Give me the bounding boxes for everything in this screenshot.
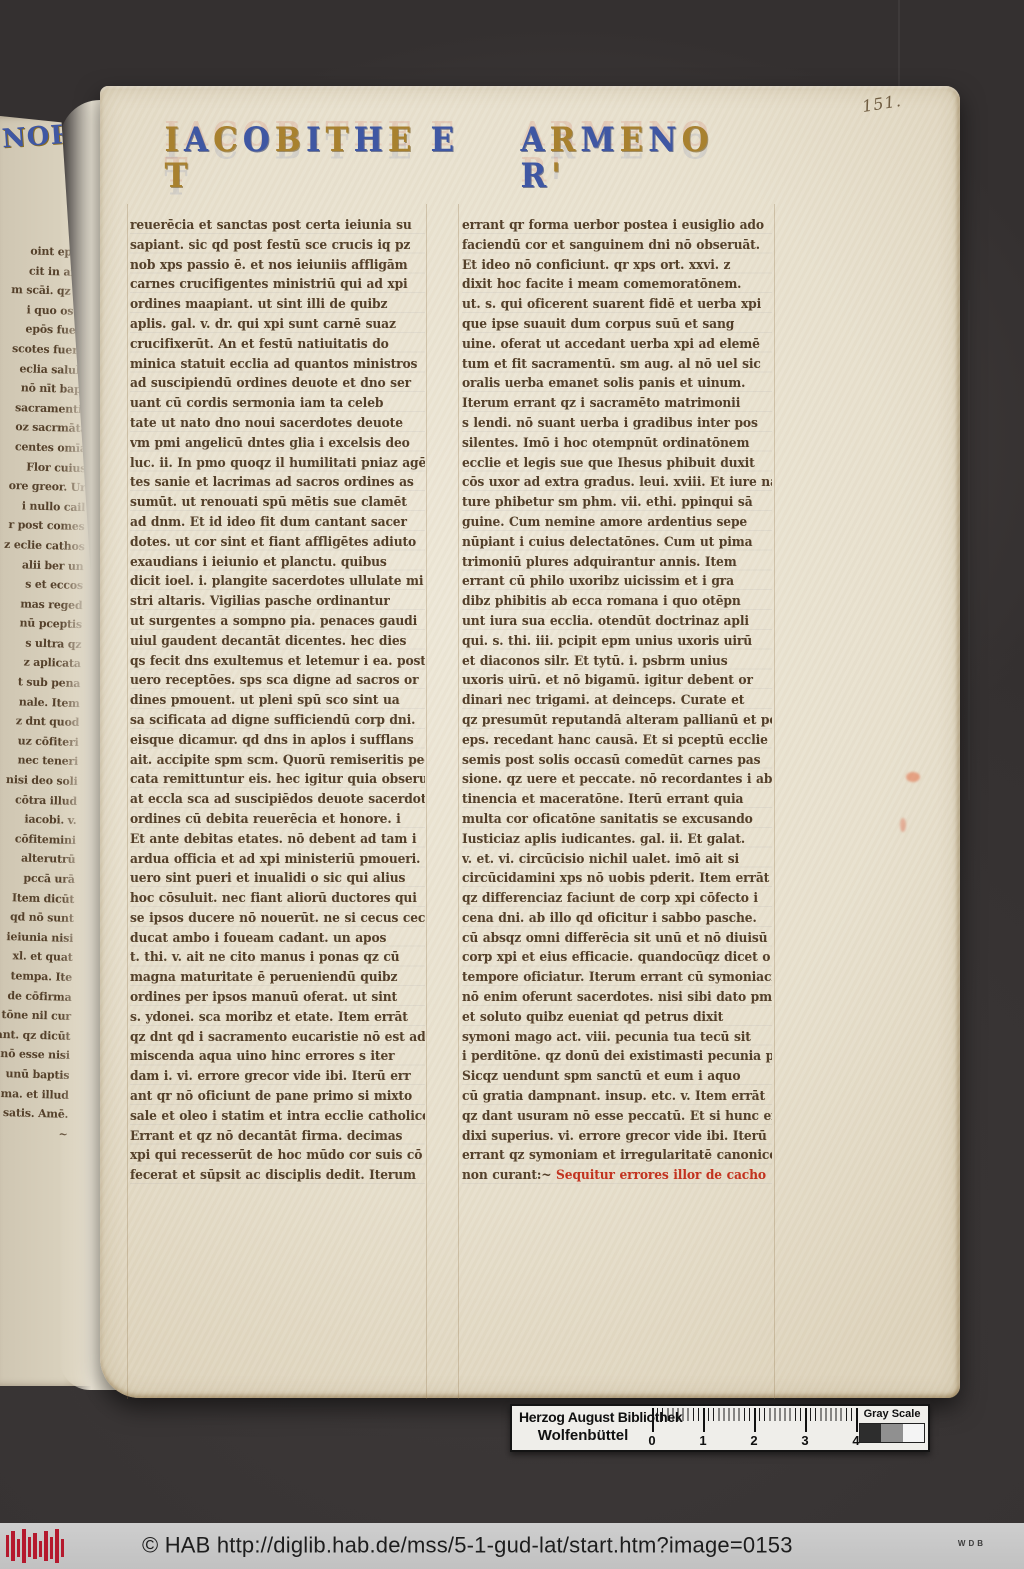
illuminated-letter: E (385, 121, 414, 160)
manuscript-text-line: tate ut nato dno noui sacerdotes deuote (130, 412, 425, 433)
manuscript-text-line: cū gratia dampnant. insup. etc. v. Item … (462, 1085, 772, 1106)
manuscript-text-line: errant qz symoniam et irregularitatē can… (462, 1144, 772, 1165)
manuscript-text-line: trimoniū plures adquirantur annis. Item (462, 551, 772, 572)
manuscript-text-line: sale et oleo i statim et intra ecclie ca… (130, 1105, 425, 1126)
gray-swatch (903, 1424, 924, 1442)
gray-scale-label: Gray Scale (859, 1408, 925, 1420)
illuminated-letter: R (547, 121, 578, 160)
manuscript-text-line: cōs uxor ad extra gradus. leui. xviii. E… (462, 471, 772, 492)
manuscript-text-line: uxoris uirū. et nō bigamū. igitur debent… (462, 669, 772, 690)
manuscript-photograph: NOR oint epī utcit in amism scāi. qz col… (0, 0, 1024, 1569)
manuscript-text-line: fecerat et sūpsit ac disciplis dedit. It… (130, 1164, 425, 1185)
manuscript-text-line: que ipse suauit dum corpus suū et sang (462, 313, 772, 334)
manuscript-text-line: s lendi. nō suant uerba i gradibus inter… (462, 412, 772, 433)
manuscript-text-line: qui. s. thi. iii. pcipit epm unius uxori… (462, 630, 772, 651)
manuscript-text-line: cata remittuntur eis. hec igitur quia ob… (130, 768, 425, 789)
manuscript-text-line: symoni mago act. viii. pecunia tua tecū … (462, 1026, 772, 1047)
wdb-label: WDB (958, 1539, 986, 1548)
ruling-line (127, 204, 128, 1399)
institution-label: Herzog August Bibliothek Wolfenbüttel (519, 1409, 647, 1445)
manuscript-text-line: vm pmi angelicū dntes glia i excelsis de… (130, 432, 425, 453)
institution-line1: Herzog August Bibliothek (519, 1409, 647, 1427)
manuscript-text-line: uant cū cordis sermonia iam ta celeb (130, 392, 425, 413)
manuscript-text-line: se ipsos ducere nō nouerūt. ne si cecus … (130, 907, 425, 928)
manuscript-text-line: guine. Cum nemine amore ardentius sepe (462, 511, 772, 532)
manuscript-page: IACOBITHEET ARMENOR' 151. reuerēcia et s… (100, 86, 960, 1398)
text-column-left: reuerēcia et sanctas post certa ieiunia … (130, 214, 425, 1184)
ruling-line (774, 204, 775, 1399)
manuscript-text-line: ait. accipite spm scm. Quorū remiseritis… (130, 749, 425, 770)
manuscript-text-line: reuerēcia et sanctas post certa ieiunia … (130, 214, 425, 235)
manuscript-text-line: eisque dicamur. qd dns in aplos i suffla… (130, 729, 425, 750)
manuscript-text-line: qz dant usuram nō esse peccatū. Et si hu… (462, 1105, 772, 1126)
manuscript-text-line: nō enim oferunt sacerdotes. nisi sibi da… (462, 986, 772, 1007)
manuscript-text-line: silentes. Imō i hoc otempnūt ordinatōnem (462, 432, 772, 453)
manuscript-text-line: uero sint pueri et inualidi o sic qui al… (130, 867, 425, 888)
ruling-line (458, 204, 459, 1399)
manuscript-text-line: circūcidamini xps nō uobis pderit. Item … (462, 867, 772, 888)
cloth-fold (968, 300, 970, 800)
illuminated-letter: H (351, 121, 385, 160)
manuscript-text-line: stri altaris. Vigilias pasche ordinantur (130, 590, 425, 611)
manuscript-text-line: magna maturitate ē perueniendū quibz (130, 966, 425, 987)
ruling-line (426, 204, 427, 1399)
manuscript-text-line: errant qr forma uerbor postea i eusiglio… (462, 214, 772, 235)
illuminated-letter: I (303, 121, 323, 160)
manuscript-text-line: uine. oferat ut accedant uerba xpi ad el… (462, 333, 772, 354)
manuscript-text-line: sa scificata ad digne sufficiendū corp d… (130, 709, 425, 730)
manuscript-text-line: ant qr nō oficiunt de pane primo si mixt… (130, 1085, 425, 1106)
manuscript-text-line: tempore oficiatur. Iterum errant cū symo… (462, 966, 772, 987)
manuscript-text-line: dibz phibitis ab ecca romana i quo otēpn (462, 590, 772, 611)
folio-number: 151. (861, 91, 903, 116)
manuscript-text-line: at eccla sca ad suscipiēdos deuote sacer… (130, 788, 425, 809)
manuscript-text-line: dicit ioel. i. plangite sacerdotes ullul… (130, 570, 425, 591)
illuminated-letter: B (272, 121, 303, 160)
attribution-text: © HAB http://diglib.hab.de/mss/5-1-gud-l… (142, 1532, 793, 1558)
gray-swatch (860, 1424, 881, 1442)
manuscript-text-line: dixi superius. vi. errore grecor vide ib… (462, 1125, 772, 1146)
manuscript-text-line: tinencia et maceratōne. Iterū errant qui… (462, 788, 772, 809)
marginalia-red-mark (906, 772, 920, 782)
manuscript-text-line: Sicqz uendunt spm sanctū et eum i aquo (462, 1065, 772, 1086)
manuscript-text-line: dam i. vi. errore grecor vide ibi. Iterū… (130, 1065, 425, 1086)
ruler-number: 2 (746, 1433, 762, 1448)
manuscript-text-line: errant cū philo uxoribz uicissim et i gr… (462, 570, 772, 591)
manuscript-text-line: qz differenciaz faciunt de corp xpi cōfe… (462, 887, 772, 908)
manuscript-text-line: cena dni. ab illo qd oficitur i sabbo pa… (462, 907, 772, 928)
manuscript-text-line: minica statuit ecclia ad quantos ministr… (130, 353, 425, 374)
manuscript-text-line: Et ante debitas etates. nō debent ad tam… (130, 828, 425, 849)
manuscript-text-line: ut surgentes a sompno pia. penaces gaudi (130, 610, 425, 631)
institution-line2: Wolfenbüttel (519, 1427, 647, 1446)
manuscript-text-line: Iusticiaz aplis iudicantes. gal. ii. Et … (462, 828, 772, 849)
illuminated-letter: A (518, 121, 547, 160)
manuscript-text-line: i perditōne. qz donū dei existimasti pec… (462, 1045, 772, 1066)
manuscript-text-line: ordines cū debita reuerēcia et honore. i (130, 808, 425, 829)
manuscript-text-line: Et ideo nō conficiunt. qr xps ort. xxvi.… (462, 254, 772, 275)
manuscript-text-line: semis post solis occasū comedūt carnes p… (462, 749, 772, 770)
manuscript-text-line: sione. qz uere et peccate. nō recordante… (462, 768, 772, 789)
manuscript-text-line: corp xpi et eius efficacie. quandocūqz d… (462, 946, 772, 967)
illuminated-letter: A (182, 121, 211, 160)
illuminated-letter: O (679, 121, 711, 160)
marginalia-red-mark (900, 818, 906, 832)
manuscript-text-line: Errant et qz nō decantāt firma. decimas (130, 1125, 425, 1146)
ruler-major-tick (703, 1408, 705, 1432)
manuscript-text-line: multa cor oficatōne sanitatis se excusan… (462, 808, 772, 829)
manuscript-text-line: ecclie et legis sue que Ihesus phibuit d… (462, 452, 772, 473)
manuscript-text-line: dines pmouent. ut pleni spū sco sint ua (130, 689, 425, 710)
manuscript-text-line: ordines maapiant. ut sint illi de quibz (130, 293, 425, 314)
manuscript-text-line: uiul gaudent decantāt dicentes. hec dies (130, 630, 425, 651)
ruler-major-tick (652, 1408, 654, 1432)
manuscript-text-line: et soluto quibz eueniat qd petrus dixit (462, 1006, 772, 1027)
manuscript-text-line: s. ydonei. sca moribz et etate. Item err… (130, 1006, 425, 1027)
attribution-bar: © HAB http://diglib.hab.de/mss/5-1-gud-l… (0, 1523, 1024, 1569)
manuscript-text-line: et diaconos silr. Et tytū. i. psbrm uniu… (462, 650, 772, 671)
manuscript-text-line: carnes crucifigentes ministriū qui ad xp… (130, 273, 425, 294)
ruler-number: 3 (797, 1433, 813, 1448)
illuminated-letter: T (162, 157, 190, 196)
manuscript-text-line: hoc cōsuluit. nec fiant aliorū ductores … (130, 887, 425, 908)
gray-swatch (881, 1424, 902, 1442)
illuminated-letter: M (578, 121, 617, 160)
gray-scale-patch: Gray Scale (859, 1408, 925, 1443)
manuscript-text-line: t. thi. v. ait ne cito manus i ponas qz … (130, 946, 425, 967)
manuscript-text-line: sumūt. ut renouati spū mētis sue clamēt (130, 491, 425, 512)
rubric-prefix: non curant:~ (462, 1166, 556, 1182)
manuscript-text-line: ordines per ipsos manuū oferat. ut sint (130, 986, 425, 1007)
manuscript-text-line: v. et. vi. circūcisio nichil ualet. imō … (462, 848, 772, 869)
manuscript-text-line: ad dnm. Et id ideo fit dum cantant sacer (130, 511, 425, 532)
illuminated-letter: E (428, 121, 457, 160)
manuscript-text-line: luc. ii. In pmo quoqz il humilitati pnia… (130, 452, 425, 473)
illuminated-letter: ' (549, 157, 564, 196)
manuscript-text-line: eps. recedant hanc causā. Et si pceptū e… (462, 729, 772, 750)
running-title-left: IACOBITHEET (162, 122, 472, 174)
illuminated-letter: R (518, 157, 549, 196)
illuminated-letter: O (240, 121, 272, 160)
illuminated-letter: I (162, 121, 182, 160)
manuscript-text-line: ut. s. qui oficerent suarent fidē et uer… (462, 293, 772, 314)
manuscript-text-line: tes sanie et lacrimas ad sacros ordines … (130, 471, 425, 492)
illuminated-letter: E (617, 121, 646, 160)
ruler-major-tick (856, 1408, 858, 1432)
manuscript-text-line: qz presumūt reputandā alteram pallianū e… (462, 709, 772, 730)
manuscript-text-line: nūpiant i cuius delectatōnes. Cum ut pim… (462, 531, 772, 552)
manuscript-text-line: tum et fit sacramentū. sm aug. al nō uel… (462, 353, 772, 374)
ruler-major-tick (805, 1408, 807, 1432)
rubric-line: non curant:~ Sequitur errores illor de c… (462, 1164, 772, 1185)
gray-scale-swatches (859, 1423, 925, 1443)
manuscript-text-line: dinari nec trigami. at deinceps. Curate … (462, 689, 772, 710)
hab-logo-icon (5, 1529, 67, 1563)
manuscript-text-line: aplis. gal. v. dr. qui xpi sunt carnē su… (130, 313, 425, 334)
manuscript-text-line: Iterum errant qz i sacramēto matrimonii (462, 392, 772, 413)
illuminated-letter: N (646, 121, 679, 160)
manuscript-text-line: oralis uerba emanet solis panis et uinum… (462, 372, 772, 393)
illuminated-letter: T (323, 121, 351, 160)
manuscript-text-line: crucifixerūt. An et festū natiuitatis do (130, 333, 425, 354)
manuscript-text-line: qz dnt qd i sacramento eucaristie nō est… (130, 1026, 425, 1047)
manuscript-text-line: ardua officia et ad xpi ministeriū pmoue… (130, 848, 425, 869)
manuscript-text-line: uero receptōes. sps sca digne ad sacros … (130, 669, 425, 690)
illuminated-letter: C (211, 121, 241, 160)
manuscript-text-line: unt iura sua ecclia. otendūt doctrinaz a… (462, 610, 772, 631)
manuscript-text-line: nob xps passio ē. et nos ieiuniis afflig… (130, 254, 425, 275)
calibration-bar: Herzog August Bibliothek Wolfenbüttel 01… (510, 1404, 930, 1452)
manuscript-text-line: xpi qui recesserūt de hoc mūdo cor suis … (130, 1144, 425, 1165)
manuscript-text-line: qs fecit dns exultemus et letemur i ea. … (130, 650, 425, 671)
ruler-number: 1 (695, 1433, 711, 1448)
manuscript-text-line: dotes. ut cor sint et fiant affligētes a… (130, 531, 425, 552)
text-column-right: errant qr forma uerbor postea i eusiglio… (462, 214, 772, 1184)
cm-ruler: 01234 (652, 1408, 864, 1450)
ruler-number: 0 (644, 1433, 660, 1448)
rubric-red-text: Sequitur errores illor de cacho (556, 1166, 766, 1182)
ruler-major-tick (754, 1408, 756, 1432)
manuscript-text-line: sapiant. sic qd post festū sce crucis iq… (130, 234, 425, 255)
manuscript-text-line: faciendū cor et sanguinem dni nō obseruā… (462, 234, 772, 255)
manuscript-text-line: miscenda aqua uino hinc errores s iter (130, 1045, 425, 1066)
manuscript-text-line: dixit hoc facite i meam comemoratōnem. (462, 273, 772, 294)
manuscript-text-line: cū absqz omni differēcia sit unū et nō d… (462, 927, 772, 948)
manuscript-text-line: ture phibetur sm phm. vii. ethi. ppinqui… (462, 491, 772, 512)
manuscript-text-line: exaudians i ieiunio et planctu. quibus (130, 551, 425, 572)
running-title-right: ARMENOR' (518, 122, 728, 174)
manuscript-text-line: ducat ambo i foueam cadant. un apos (130, 927, 425, 948)
manuscript-text-line: ad suscipiendū ordines deuote et dno ser (130, 372, 425, 393)
